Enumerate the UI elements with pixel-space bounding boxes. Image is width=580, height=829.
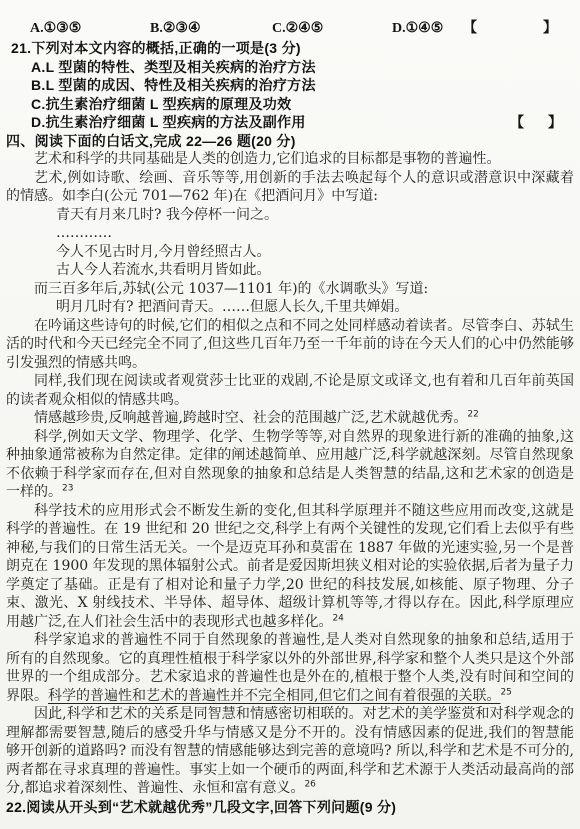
passage: 艺术和科学的共同基础是人类的创造力,它们追求的目标都是事物的普遍性。艺术,例如诗… — [6, 150, 574, 798]
passage-paragraph: 艺术,例如诗歌、绘画、音乐等等,用创新的手法去唤起每个人的意识或潜意识中深藏着的… — [6, 169, 574, 206]
poem-line: 青天有月来几时? 我今停杯一问之。 — [56, 206, 574, 225]
prev-option-b: B.②③④ — [150, 20, 201, 39]
passage-text: 在吟诵这些诗句的时候,它们的相似之点和不同之处同样感动着读者。尽管李白、苏轼生活… — [6, 318, 574, 371]
passage-text: 青天有月来几时? 我今停杯一问之。 — [56, 207, 278, 223]
poem-line: 古人今人若流水,共看明月皆如此。 — [56, 261, 574, 280]
poem-line: 今人不见古时月,今月曾经照古人。 — [56, 243, 574, 262]
question-21-option-d: D.抗生素治疗细菌 L 型疾病的方法及副作用 【 】 — [31, 113, 574, 132]
answer-bracket-close: 】 — [543, 20, 557, 39]
question-21-stem: 21.下列对本文内容的概括,正确的一项是(3 分) — [11, 39, 574, 58]
answer-bracket-open: 【 — [510, 113, 524, 132]
passage-paragraph: 科学,例如天文学、物理学、化学、生物学等等,对自然界的现象进行新的准确的抽象,这… — [6, 428, 574, 502]
question-21-option-d-label: D.抗生素治疗细菌 L 型疾病的方法及副作用 — [31, 114, 306, 130]
poem-line: 明月几时有? 把酒问青天。……但愿人长久,千里共婵娟。 — [56, 298, 574, 317]
passage-text: 科学技术的应用形式会不断发生新的变化,但其科学原理并不随这些应用而改变,这就是科… — [6, 503, 574, 630]
passage-paragraph: 艺术和科学的共同基础是人类的创造力,它们追求的目标都是事物的普遍性。 — [6, 150, 574, 169]
footnote-reference: 23 — [62, 483, 73, 493]
passage-text: 科学,例如天文学、物理学、化学、生物学等等,对自然界的现象进行新的准确的抽象,这… — [6, 429, 574, 501]
passage-paragraph: 在吟诵这些诗句的时候,它们的相似之点和不同之处同样感动着读者。尽管李白、苏轼生活… — [6, 317, 574, 373]
passage-paragraph: 同样,我们现在阅读或者观赏莎士比亚的戏剧,不论是原文或译文,也有着和几百年前英国… — [6, 372, 574, 409]
passage-text: 明月几时有? 把酒问青天。……但愿人长久,千里共婵娟。 — [56, 299, 408, 315]
footnote-reference: 24 — [332, 613, 343, 623]
passage-text: 艺术,例如诗歌、绘画、音乐等等,用创新的手法去唤起每个人的意识或潜意识中深藏着的… — [6, 170, 574, 205]
underlined-sentence: 科学的普遍性和艺术的普遍性并不完全相同,但它们之间有着很强的关联。 — [48, 688, 500, 704]
footnote-reference: 25 — [500, 687, 511, 697]
footnote-reference: 22 — [467, 409, 478, 419]
question-22-stem: 22.阅读从开头到“艺术就越优秀”几段文字,回答下列问题(9 分) — [6, 798, 574, 817]
question-21-option-b: B.L 型菌的成因、特性及相关疾病的治疗方法 — [31, 76, 574, 95]
passage-text: ………… — [56, 225, 112, 241]
passage-text: 同样,我们现在阅读或者观赏莎士比亚的戏剧,不论是原文或译文,也有着和几百年前英国… — [6, 373, 574, 408]
passage-paragraph: 科学技术的应用形式会不断发生新的变化,但其科学原理并不随这些应用而改变,这就是科… — [6, 502, 574, 632]
passage-text: 而三百多年后,苏轼(公元 1037—1101 年)的《水调歌头》写道: — [34, 281, 428, 297]
passage-text: 古人今人若流水,共看明月皆如此。 — [56, 262, 270, 278]
prev-option-c: C.②④⑤ — [272, 20, 323, 39]
passage-text: 情感越珍贵,反响越普遍,跨越时空、社会的范围越广泛,艺术就越优秀。 — [34, 410, 467, 426]
answer-bracket-open: 【 — [463, 20, 477, 39]
prev-option-d: D.①④⑤ — [392, 20, 443, 39]
passage-text: 今人不见古时月,今月曾经照古人。 — [56, 244, 270, 260]
prev-question-options-row: A.①③⑤ B.②③④ C.②④⑤ D.①④⑤ 【 】 — [6, 20, 574, 39]
passage-paragraph: 情感越珍贵,反响越普遍,跨越时空、社会的范围越广泛,艺术就越优秀。22 — [6, 409, 574, 428]
section-4-heading: 四、阅读下面的白话文,完成 22—26 题(20 分) — [6, 132, 574, 151]
question-21-option-c: C.抗生素治疗细菌 L 型疾病的原理及功效 — [31, 95, 574, 114]
answer-bracket-close: 】 — [548, 113, 562, 132]
passage-text: 艺术和科学的共同基础是人类的创造力,它们追求的目标都是事物的普遍性。 — [34, 151, 500, 167]
footnote-reference: 26 — [304, 779, 315, 789]
passage-paragraph: 而三百多年后,苏轼(公元 1037—1101 年)的《水调歌头》写道: — [6, 280, 574, 299]
passage-text: 因此,科学和艺术的关系是同智慧和情感密切相联的。对艺术的美学鉴赏和对科学观念的理… — [6, 706, 574, 796]
poem-line: ………… — [56, 224, 574, 243]
exam-page: A.①③⑤ B.②③④ C.②④⑤ D.①④⑤ 【 】 21.下列对本文内容的概… — [0, 0, 580, 829]
question-21-option-a: A.L 型菌的特性、类型及相关疾病的治疗方法 — [31, 58, 574, 77]
prev-option-a: A.①③⑤ — [30, 20, 81, 39]
passage-paragraph: 因此,科学和艺术的关系是同智慧和情感密切相联的。对艺术的美学鉴赏和对科学观念的理… — [6, 705, 574, 798]
passage-paragraph: 科学家追求的普遍性不同于自然现象的普遍性,是人类对自然现象的抽象和总结,适用于所… — [6, 631, 574, 705]
